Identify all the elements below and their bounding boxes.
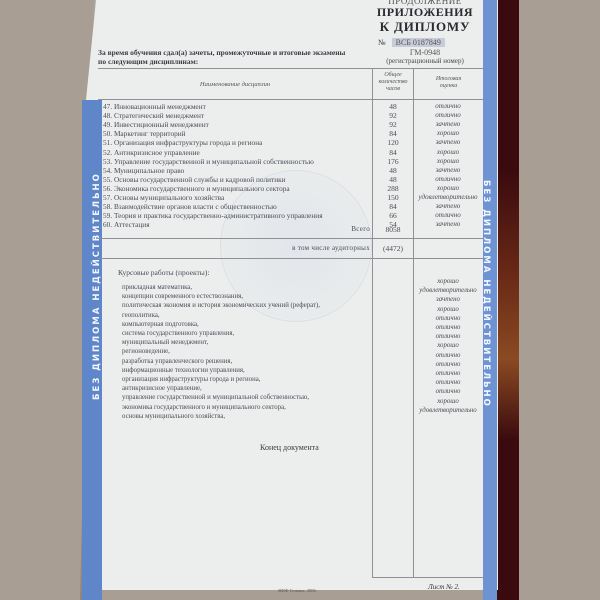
side-text-left: БЕЗ ДИПЛОМА НЕДЕЙСТВИТЕЛЬНО [92, 172, 102, 400]
discipline-name: 47. Инновационный менеджмент [103, 102, 206, 111]
printer-mark: ЖВФ Гознака. 2006. [278, 588, 317, 593]
col-header-grade: Итоговаяоценка [414, 76, 483, 90]
coursework-name: антикризисное управление, [122, 385, 202, 392]
header-title-1: ПРИЛОЖЕНИЯ [370, 6, 480, 19]
discipline-grade: хорошо [408, 157, 488, 165]
discipline-grade: отлично [408, 111, 488, 119]
discipline-hours: 66 [373, 211, 413, 220]
coursework-grade: хорошо [408, 278, 488, 285]
coursework-grade: хорошо [408, 342, 488, 349]
coursework-grade: зачтено [408, 296, 488, 303]
coursework-grade: хорошо [408, 398, 488, 405]
coursework-grade: отлично [408, 388, 488, 395]
coursework-grade: отлично [408, 352, 488, 359]
footer-rule [372, 577, 483, 578]
coursework-name: система государственного управления, [122, 330, 234, 337]
discipline-name: 49. Инвестиционный менеджмент [103, 120, 209, 129]
discipline-hours: 48 [373, 175, 413, 184]
coursework-name: концепции современного естествознания, [122, 293, 243, 300]
discipline-name: 55. Основы государственной службы и кадр… [103, 175, 286, 184]
intro-line-2: по следующим дисциплинам: [98, 57, 345, 66]
coursework-name: геополитика, [122, 312, 160, 319]
discipline-hours: 92 [373, 120, 413, 129]
discipline-name: 60. Аттестация [103, 220, 150, 229]
coursework-name: организация инфраструктуры города и реги… [122, 376, 260, 383]
discipline-name: 53. Управление государственной и муницип… [103, 157, 314, 166]
coursework-name: регионоведение, [122, 348, 170, 355]
discipline-hours: 120 [373, 138, 413, 147]
discipline-hours: 84 [373, 148, 413, 157]
table-top-rule [98, 68, 483, 69]
coursework-name: управление государственной и муниципальн… [122, 394, 309, 401]
total-hours: 8058 [373, 225, 413, 234]
body-bottom-rule [98, 238, 483, 239]
cover-edge [497, 0, 519, 600]
coursework-grade: отлично [408, 379, 488, 386]
col-header-hours: Общееколичествочасов [373, 72, 413, 93]
discipline-grade: зачтено [408, 138, 488, 146]
coursework-grade: удовлетворительно [408, 407, 488, 414]
serial-number: ВСБ 0187849 [392, 38, 445, 47]
coursework-name: основы муниципального хозяйства, [122, 413, 225, 420]
coursework-grade: отлично [408, 370, 488, 377]
discipline-grade: хорошо [408, 148, 488, 156]
discipline-grade: хорошо [408, 129, 488, 137]
discipline-name: 50. Маркетинг территорий [103, 129, 186, 138]
registration-number: ГМ-0948 [370, 48, 480, 57]
header-bottom-rule [98, 99, 483, 100]
discipline-grade: зачтено [408, 220, 488, 228]
auditorium-label: в том числе аудиторных [190, 244, 370, 252]
discipline-grade: отлично [408, 102, 488, 110]
coursework-name: муниципальный менеджмент, [122, 339, 208, 346]
serial-line: № ВСБ 0187849 [370, 38, 480, 47]
coursework-title: Курсовые работы (проекты): [118, 268, 209, 277]
discipline-grade: зачтено [408, 166, 488, 174]
discipline-hours: 92 [373, 111, 413, 120]
coursework-grade: отлично [408, 324, 488, 331]
discipline-grade: отлично [408, 211, 488, 219]
discipline-hours: 176 [373, 157, 413, 166]
discipline-name: 51. Организация инфраструктуры города и … [103, 138, 262, 147]
discipline-hours: 84 [373, 202, 413, 211]
discipline-grade: зачтено [408, 120, 488, 128]
discipline-hours: 48 [373, 166, 413, 175]
end-of-document: Конец документа [260, 443, 319, 452]
discipline-name: 59. Теория и практика государственно-адм… [103, 211, 323, 220]
coursework-name: экономика государственного и муниципальн… [122, 404, 286, 411]
discipline-grade: хорошо [408, 184, 488, 192]
header-title-2: К ДИПЛОМУ [370, 19, 480, 35]
coursework-grade: хорошо [408, 306, 488, 313]
document-header: ПРОДОЛЖЕНИЕ ПРИЛОЖЕНИЯ К ДИПЛОМУ № ВСБ 0… [370, 0, 480, 65]
coursework-name: прикладная математика, [122, 284, 192, 291]
coursework-grade: отлично [408, 333, 488, 340]
discipline-grade: отлично [408, 175, 488, 183]
discipline-name: 48. Стратегический менеджмент [103, 111, 204, 120]
discipline-name: 52. Антикризисное управление [103, 148, 200, 157]
intro-text: За время обучения сдал(а) зачеты, промеж… [98, 48, 345, 66]
discipline-hours: 84 [373, 129, 413, 138]
discipline-hours: 150 [373, 193, 413, 202]
discipline-name: 56. Экономика государственного и муницип… [103, 184, 290, 193]
totals-bottom-rule [98, 258, 483, 259]
total-label: Всего [190, 225, 370, 233]
discipline-name: 54. Муниципальное право [103, 166, 184, 175]
discipline-hours: 288 [373, 184, 413, 193]
sheet-number: Лист № 2. [428, 583, 460, 591]
registration-label: (регистрационный номер) [370, 57, 480, 65]
coursework-grade: отлично [408, 315, 488, 322]
discipline-grade: удовлетворительно [408, 193, 488, 201]
col-header-name: Наименование дисциплин [100, 81, 370, 88]
coursework-name: разработка управленческого решения, [122, 358, 232, 365]
coursework-name: информационные технологии управления, [122, 367, 245, 374]
number-prefix: № [378, 38, 386, 47]
discipline-name: 57. Основы муниципального хозяйства [103, 193, 224, 202]
coursework-name: компьютерная подготовка, [122, 321, 199, 328]
intro-line-1: За время обучения сдал(а) зачеты, промеж… [98, 48, 345, 57]
coursework-grade: отлично [408, 361, 488, 368]
auditorium-hours: (4472) [373, 244, 413, 253]
coursework-grade: удовлетворительно [408, 287, 488, 294]
discipline-hours: 48 [373, 102, 413, 111]
discipline-grade: зачтено [408, 202, 488, 210]
discipline-name: 58. Взаимодействие органов власти с обще… [103, 202, 277, 211]
coursework-name: политическая экономия и история экономич… [122, 302, 320, 309]
